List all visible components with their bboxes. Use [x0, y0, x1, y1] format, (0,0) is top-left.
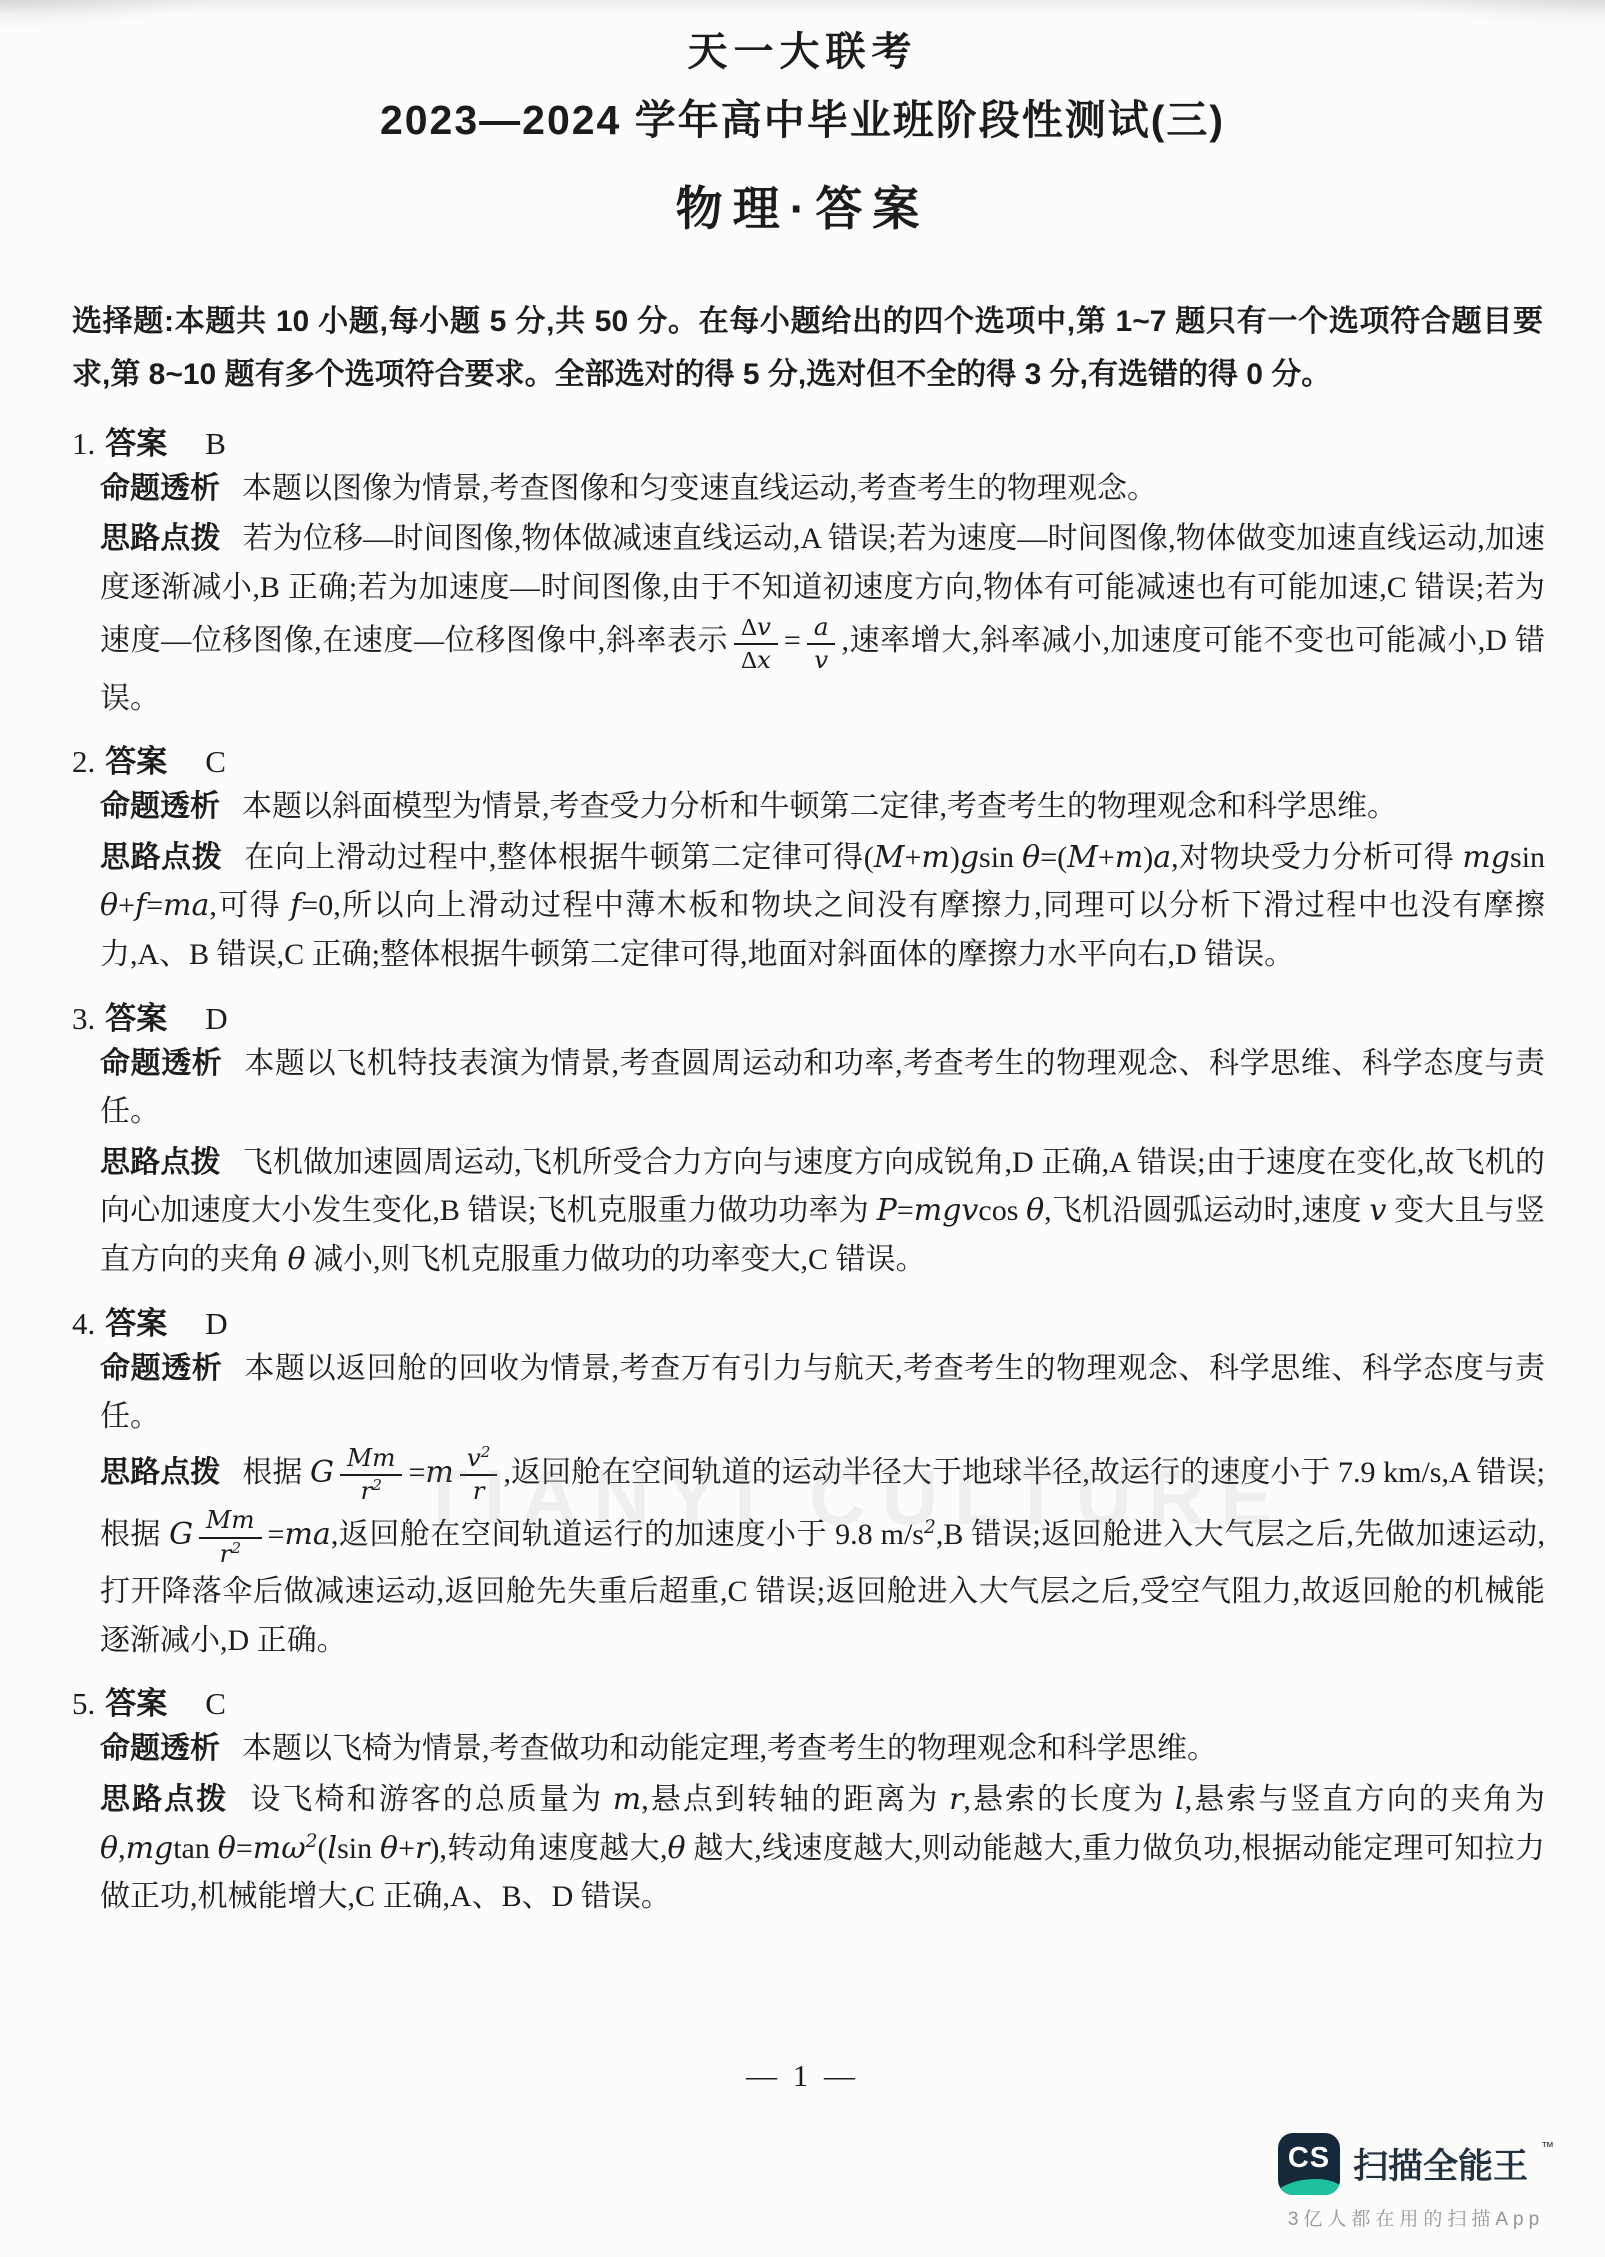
analysis-paragraph: 命题透析本题以返回舱的回收为情景,考查万有引力与航天,考查考生的物理观念、科学思… — [100, 1345, 1545, 1442]
approach-paragraph: 思路点拨在向上滑动过程中,整体根据牛顿第二定律可得(M+m)gsin θ=(M+… — [100, 834, 1545, 980]
camscanner-watermark: CS 扫描全能王 ™ 3亿人都在用的扫描App — [1251, 2133, 1581, 2231]
answer-value: D — [205, 1306, 227, 1341]
analysis-paragraph: 命题透析本题以飞椅为情景,考查做功和动能定理,考查考生的物理观念和科学思维。 — [100, 1725, 1545, 1774]
answer-value: B — [205, 426, 226, 461]
answer-line: 2.答案C — [72, 736, 1545, 781]
approach-paragraph: 思路点拨飞机做加速圆周运动,飞机所受合力方向与速度方向成锐角,D 正确,A 错误… — [100, 1139, 1545, 1285]
analysis-label: 命题透析 — [100, 472, 220, 505]
subject-answers-title: 物理·答案 — [0, 172, 1605, 239]
analysis-text: 本题以斜面模型为情景,考查受力分析和牛顿第二定律,考查考生的物理观念和科学思维。 — [242, 790, 1397, 823]
answer-label: 答案 — [105, 1001, 167, 1036]
analysis-text: 本题以图像为情景,考查图像和匀变速直线运动,考查考生的物理观念。 — [242, 472, 1157, 505]
analysis-text: 本题以返回舱的回收为情景,考查万有引力与航天,考查考生的物理观念、科学思维、科学… — [100, 1352, 1545, 1434]
approach-paragraph: 思路点拨根据 GMmr2=mv2r,返回舱在空间轨道的运动半径大于地球半径,故运… — [100, 1444, 1545, 1666]
approach-text: 若为位移—时间图像,物体做减速直线运动,A 错误;若为速度—时间图像,物体做变加… — [100, 522, 1545, 714]
approach-text: 飞机做加速圆周运动,飞机所受合力方向与速度方向成锐角,D 正确,A 错误;由于速… — [100, 1146, 1545, 1276]
answer-item: 2.答案C 命题透析本题以斜面模型为情景,考查受力分析和牛顿第二定律,考查考生的… — [72, 736, 1545, 979]
exam-session-title: 2023—2024 学年高中毕业班阶段性测试(三) — [0, 87, 1605, 146]
answer-label: 答案 — [105, 744, 167, 779]
approach-paragraph: 思路点拨若为位移—时间图像,物体做减速直线运动,A 错误;若为速度—时间图像,物… — [100, 515, 1545, 723]
analysis-label: 命题透析 — [100, 1732, 220, 1765]
camscanner-logo-icon: CS — [1278, 2133, 1340, 2195]
answer-item: 3.答案D 命题透析本题以飞机特技表演为情景,考查圆周运动和功率,考查考生的物理… — [72, 993, 1545, 1285]
answer-line: 4.答案D — [72, 1298, 1545, 1343]
analysis-paragraph: 命题透析本题以图像为情景,考查图像和匀变速直线运动,考查考生的物理观念。 — [100, 465, 1545, 514]
answer-label: 答案 — [105, 1686, 167, 1721]
analysis-paragraph: 命题透析本题以斜面模型为情景,考查受力分析和牛顿第二定律,考查考生的物理观念和科… — [100, 783, 1545, 832]
approach-label: 思路点拨 — [100, 1146, 221, 1179]
approach-text: 在向上滑动过程中,整体根据牛顿第二定律可得(M+m)gsin θ=(M+m)a,… — [100, 841, 1545, 971]
camscanner-logo-green-swoosh — [1278, 2179, 1340, 2195]
exam-brand-title: 天一大联考 — [0, 0, 1605, 77]
approach-label: 思路点拨 — [100, 522, 221, 555]
answer-line: 5.答案C — [72, 1678, 1545, 1723]
question-number: 3. — [72, 1001, 95, 1036]
approach-text: 根据 GMmr2=mv2r,返回舱在空间轨道的运动半径大于地球半径,故运行的速度… — [100, 1456, 1545, 1657]
answer-line: 1.答案B — [72, 418, 1545, 463]
analysis-label: 命题透析 — [100, 1352, 222, 1385]
question-number: 1. — [72, 426, 95, 461]
camscanner-tagline: 3亿人都在用的扫描App — [1251, 2204, 1581, 2231]
analysis-paragraph: 命题透析本题以飞机特技表演为情景,考查圆周运动和功率,考查考生的物理观念、科学思… — [100, 1040, 1545, 1137]
answer-label: 答案 — [105, 426, 167, 461]
analysis-label: 命题透析 — [100, 1047, 222, 1080]
question-number: 2. — [72, 744, 95, 779]
approach-text: 设飞椅和游客的总质量为 m,悬点到转轴的距离为 r,悬索的长度为 l,悬索与竖直… — [100, 1783, 1545, 1913]
answer-line: 3.答案D — [72, 993, 1545, 1038]
analysis-text: 本题以飞椅为情景,考查做功和动能定理,考查考生的物理观念和科学思维。 — [242, 1732, 1217, 1765]
question-number: 5. — [72, 1686, 95, 1721]
approach-label: 思路点拨 — [100, 1456, 220, 1489]
answer-item: 4.答案D 命题透析本题以返回舱的回收为情景,考查万有引力与航天,考查考生的物理… — [72, 1298, 1545, 1666]
approach-label: 思路点拨 — [100, 1783, 228, 1816]
answer-value: C — [205, 1686, 226, 1721]
choice-section-instructions: 选择题:本题共 10 小题,每小题 5 分,共 50 分。在每小题给出的四个选项… — [72, 295, 1543, 402]
answer-list: 1.答案B 命题透析本题以图像为情景,考查图像和匀变速直线运动,考查考生的物理观… — [72, 418, 1545, 1922]
page-number: — 1 — — [0, 2058, 1605, 2094]
camscanner-brand-name: 扫描全能王 — [1353, 2139, 1528, 2189]
analysis-label: 命题透析 — [100, 790, 220, 823]
answer-value: C — [205, 744, 226, 779]
answer-item: 5.答案C 命题透析本题以飞椅为情景,考查做功和动能定理,考查考生的物理观念和科… — [72, 1678, 1545, 1921]
answer-label: 答案 — [105, 1306, 167, 1341]
trademark-symbol: ™ — [1541, 2139, 1554, 2154]
answer-item: 1.答案B 命题透析本题以图像为情景,考查图像和匀变速直线运动,考查考生的物理观… — [72, 418, 1545, 723]
analysis-text: 本题以飞机特技表演为情景,考查圆周运动和功率,考查考生的物理观念、科学思维、科学… — [100, 1047, 1545, 1129]
question-number: 4. — [72, 1306, 95, 1341]
camscanner-logo-letters: CS — [1288, 2142, 1330, 2175]
approach-paragraph: 思路点拨设飞椅和游客的总质量为 m,悬点到转轴的距离为 r,悬索的长度为 l,悬… — [100, 1776, 1545, 1922]
answer-value: D — [205, 1001, 227, 1036]
approach-label: 思路点拨 — [100, 841, 222, 874]
scanned-answer-sheet-page: 天一大联考 2023—2024 学年高中毕业班阶段性测试(三) 物理·答案 选择… — [0, 0, 1605, 2257]
